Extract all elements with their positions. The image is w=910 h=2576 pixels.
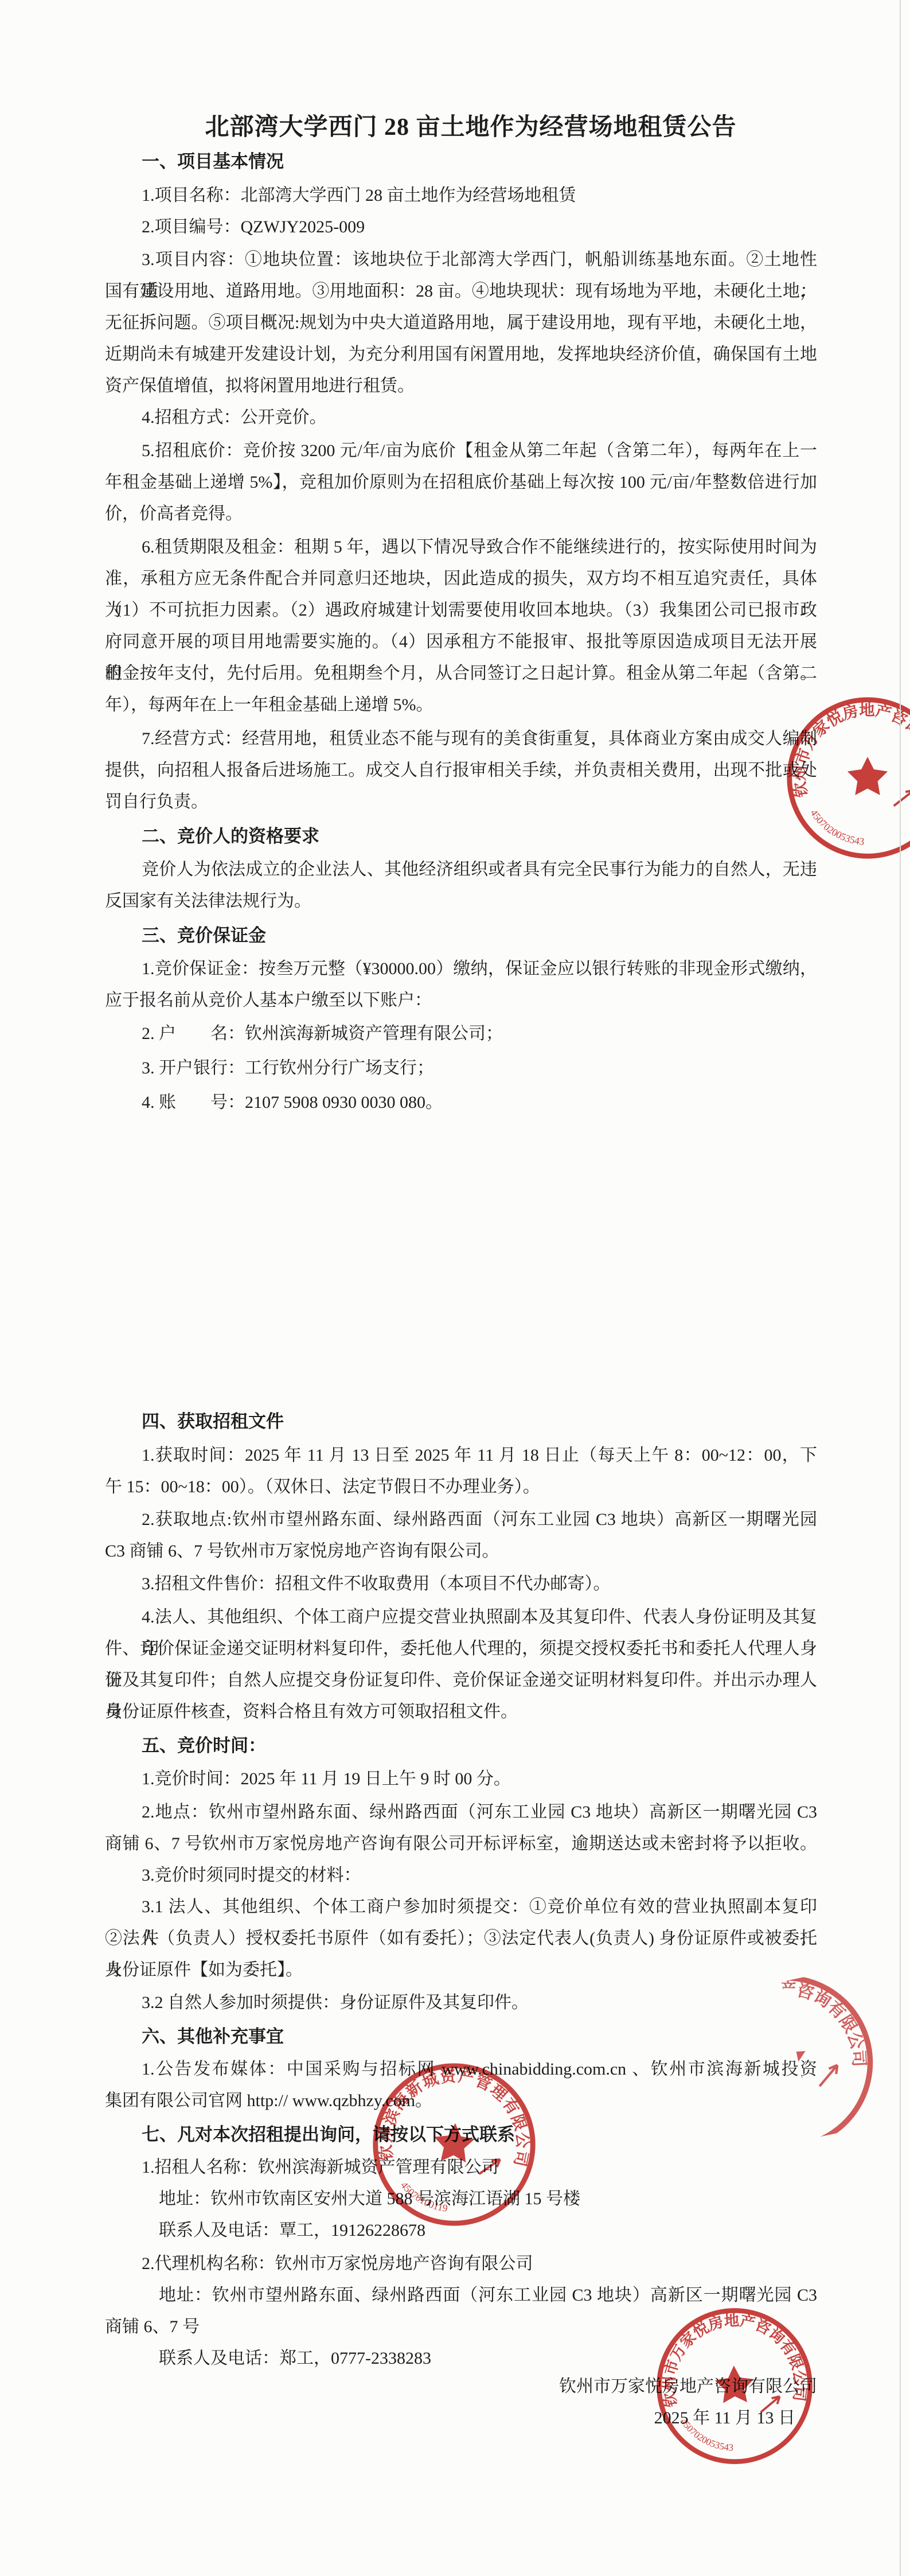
body-text-line: C3 商铺 6、7 号钦州市万家悦房地产咨询有限公司。 (105, 1535, 817, 1567)
section-heading: 一、项目基本情况 (105, 146, 817, 177)
body-text-line: 提供，向招租人报备后进场施工。成交人自行报审相关手续，并负责相关费用，出现不批或… (105, 754, 817, 786)
body-text-line: 4.招租方式：公开竞价。 (105, 402, 817, 433)
body-text-line: 竞价人为依法成立的企业法人、其他经济组织或者具有完全民事行为能力的自然人，无违 (105, 854, 817, 885)
body-text-line: 联系人及电话：覃工，19126228678 (105, 2215, 817, 2246)
body-text-line: 4.法人、其他组织、个体工商户应提交营业执照副本及其复印件、代表人身份证明及其复… (105, 1601, 817, 1633)
body-text-line: 罚自行负责。 (105, 786, 817, 818)
body-text-line: 应于报名前从竞价人基本户缴至以下账户： (105, 985, 817, 1016)
section-heading: 七、凡对本次招租提出询问，请按以下方式联系 (105, 2119, 817, 2150)
body-text-line: 商铺 6、7 号钦州市万家悦房地产咨询有限公司开标评标室，逾期送达或未密封将予以… (105, 1828, 817, 1859)
body-text-line: 午 15：00~18：00）。（双休日、法定节假日不办理业务）。 (105, 1471, 817, 1503)
body-text-line: 3.招租文件售价：招租文件不收取费用（本项目不代办邮寄）。 (105, 1568, 817, 1600)
announcement-page-2: 四、获取招租文件1.获取时间：2025 年 11 月 13 日至 2025 年 … (105, 1404, 817, 2374)
body-text-line: ②法人（负责人）授权委托书原件（如有委托）；③法定代表人(负责人) 身份证原件或… (105, 1923, 817, 1954)
body-text-line: 租金按年支付，先付后用。免租期叁个月，从合同签订之日起计算。租金从第二年起（含第… (105, 657, 817, 689)
body-text-line: 府同意开展的项目用地需要实施的。（4）因承租方不能报审、报批等原因造成项目无法开… (105, 626, 817, 657)
body-text-line: 3. 开户银行：工行钦州分行广场支行； (105, 1052, 817, 1084)
body-text-line: 5.招租底价：竞价按 3200 元/年/亩为底价【租金从第二年起（含第二年），每… (105, 435, 817, 466)
body-text-line: 地址：钦州市望州路东面、绿州路西面（河东工业园 C3 地块）高新区一期曙光园 C… (105, 2279, 817, 2311)
body-text-line: 1.竞价时间：2025 年 11 月 19 日上午 9 时 00 分。 (105, 1763, 817, 1795)
body-text-line: 近期尚未有城建开发建设计划，为充分利用国有闲置用地，发挥地块经济价值，确保国有土… (105, 338, 817, 370)
body-text-line: （1）不可抗拒力因素。（2）遇政府城建计划需要使用收回本地块。（3）我集团公司已… (105, 594, 817, 626)
body-text-line: 6.租赁期限及租金：租期 5 年，遇以下情况导致合作不能继续进行的，按实际使用时… (105, 531, 817, 563)
body-text-line: 反国家有关法律法规行为。 (105, 885, 817, 917)
scan-edge-line (900, 0, 901, 2576)
section-heading: 三、竞价保证金 (105, 920, 817, 951)
body-text-line: 1.公告发布媒体：中国采购与招标网 www.chinabidding.com.c… (105, 2053, 817, 2085)
signature-block: 钦州市万家悦房地产咨询有限公司 2025 年 11 月 13 日 (105, 2371, 817, 2434)
body-text-line: 1.项目名称：北部湾大学西门 28 亩土地作为经营场地租赁 (105, 180, 817, 211)
body-text-line: 2.代理机构名称：钦州市万家悦房地产咨询有限公司 (105, 2248, 817, 2279)
body-text-line: 3.竞价时须同时提交的材料： (105, 1859, 817, 1891)
body-text-line: 联系人及电话：郑工，0777-2338283 (105, 2342, 817, 2374)
section-heading: 五、竞价时间： (105, 1730, 817, 1761)
body-text-line: 准，承租方应无条件配合并同意归还地块，因此造成的损失，双方均不相互追究责任，具体… (105, 563, 817, 594)
body-text-line: 身份证原件【如为委托】。 (105, 1954, 817, 1986)
section-heading: 二、竞价人的资格要求 (105, 820, 817, 852)
document-title: 北部湾大学西门 28 亩土地作为经营场地租赁公告 (105, 109, 817, 146)
body-text-line: 件、竞价保证金递交证明材料复印件，委托他人代理的，须提交授权委托书和委托人代理人… (105, 1633, 817, 1664)
star-icon (847, 757, 888, 795)
body-text-line: 国有建设用地、道路用地。③用地面积：28 亩。④地块现状：现有场地为平地，未硬化… (105, 275, 817, 307)
body-text-line: 年），每两年在上一年租金基础上递增 5%。 (105, 689, 817, 721)
body-text-line: 商铺 6、7 号 (105, 2311, 817, 2342)
body-text-line: 资产保值增值，拟将闲置用地进行租赁。 (105, 370, 817, 402)
body-text-line: 4. 账 号：2107 5908 0930 0030 080。 (105, 1087, 817, 1118)
announcement-page-1: 北部湾大学西门 28 亩土地作为经营场地租赁公告 一、项目基本情况1.项目名称：… (105, 0, 817, 1118)
body-text-line: 身份证原件核查，资料合格且有效方可领取招租文件。 (105, 1696, 817, 1727)
section-heading: 四、获取招租文件 (105, 1406, 817, 1437)
body-text-line: 1.竞价保证金：按叁万元整（¥30000.00）缴纳，保证金应以银行转账的非现金… (105, 953, 817, 985)
signature-company: 钦州市万家悦房地产咨询有限公司 (105, 2371, 817, 2402)
body-text-line: 年租金基础上递增 5%】，竞租加价原则为在招租底价基础上每次按 100 元/亩/… (105, 466, 817, 498)
body-text-line: 3.2 自然人参加时须提供：身份证原件及其复印件。 (105, 1987, 817, 2018)
body-text-line: 3.1 法人、其他组织、个体工商户参加时须提交：①竞价单位有效的营业执照副本复印… (105, 1891, 817, 1923)
body-text-line: 7.经营方式：经营用地，租赁业态不能与现有的美食街重复，具体商业方案由成交人编制 (105, 723, 817, 754)
body-text-line: 2.获取地点:钦州市望州路东面、绿州路西面（河东工业园 C3 地块）高新区一期曙… (105, 1504, 817, 1535)
body-text-line: 2.项目编号：QZWJY2025-009 (105, 211, 817, 243)
body-text-line: 无征拆问题。⑤项目概况:规划为中央大道道路用地，属于建设用地，现有平地，未硬化土… (105, 307, 817, 338)
body-text-line: 地址：钦州市钦南区安州大道 588 号滨海江语湖 15 号楼 (105, 2183, 817, 2215)
body-text-line: 1.获取时间：2025 年 11 月 13 日至 2025 年 11 月 18 … (105, 1439, 817, 1471)
body-text-line: 集团有限公司官网 http:// www.qzbhzy.com。 (105, 2085, 817, 2116)
body-text-line: 3.项目内容：①地块位置：该地块位于北部湾大学西门，帆船训练基地东面。②土地性质… (105, 244, 817, 275)
signature-date: 2025 年 11 月 13 日 (105, 2402, 817, 2434)
section-heading: 六、其他补充事宜 (105, 2021, 817, 2052)
body-text-line: 2. 户 名：钦州滨海新城资产管理有限公司； (105, 1018, 817, 1049)
body-text-line: 价，价高者竞得。 (105, 498, 817, 530)
body-text-line: 1.招租人名称：钦州滨海新城资产管理有限公司 (105, 2151, 817, 2183)
body-text-line: 证及其复印件；自然人应提交身份证复印件、竞价保证金递交证明材料复印件。并出示办理… (105, 1664, 817, 1696)
body-text-line: 2.地点：钦州市望州路东面、绿州路西面（河东工业园 C3 地块）高新区一期曙光园… (105, 1796, 817, 1828)
